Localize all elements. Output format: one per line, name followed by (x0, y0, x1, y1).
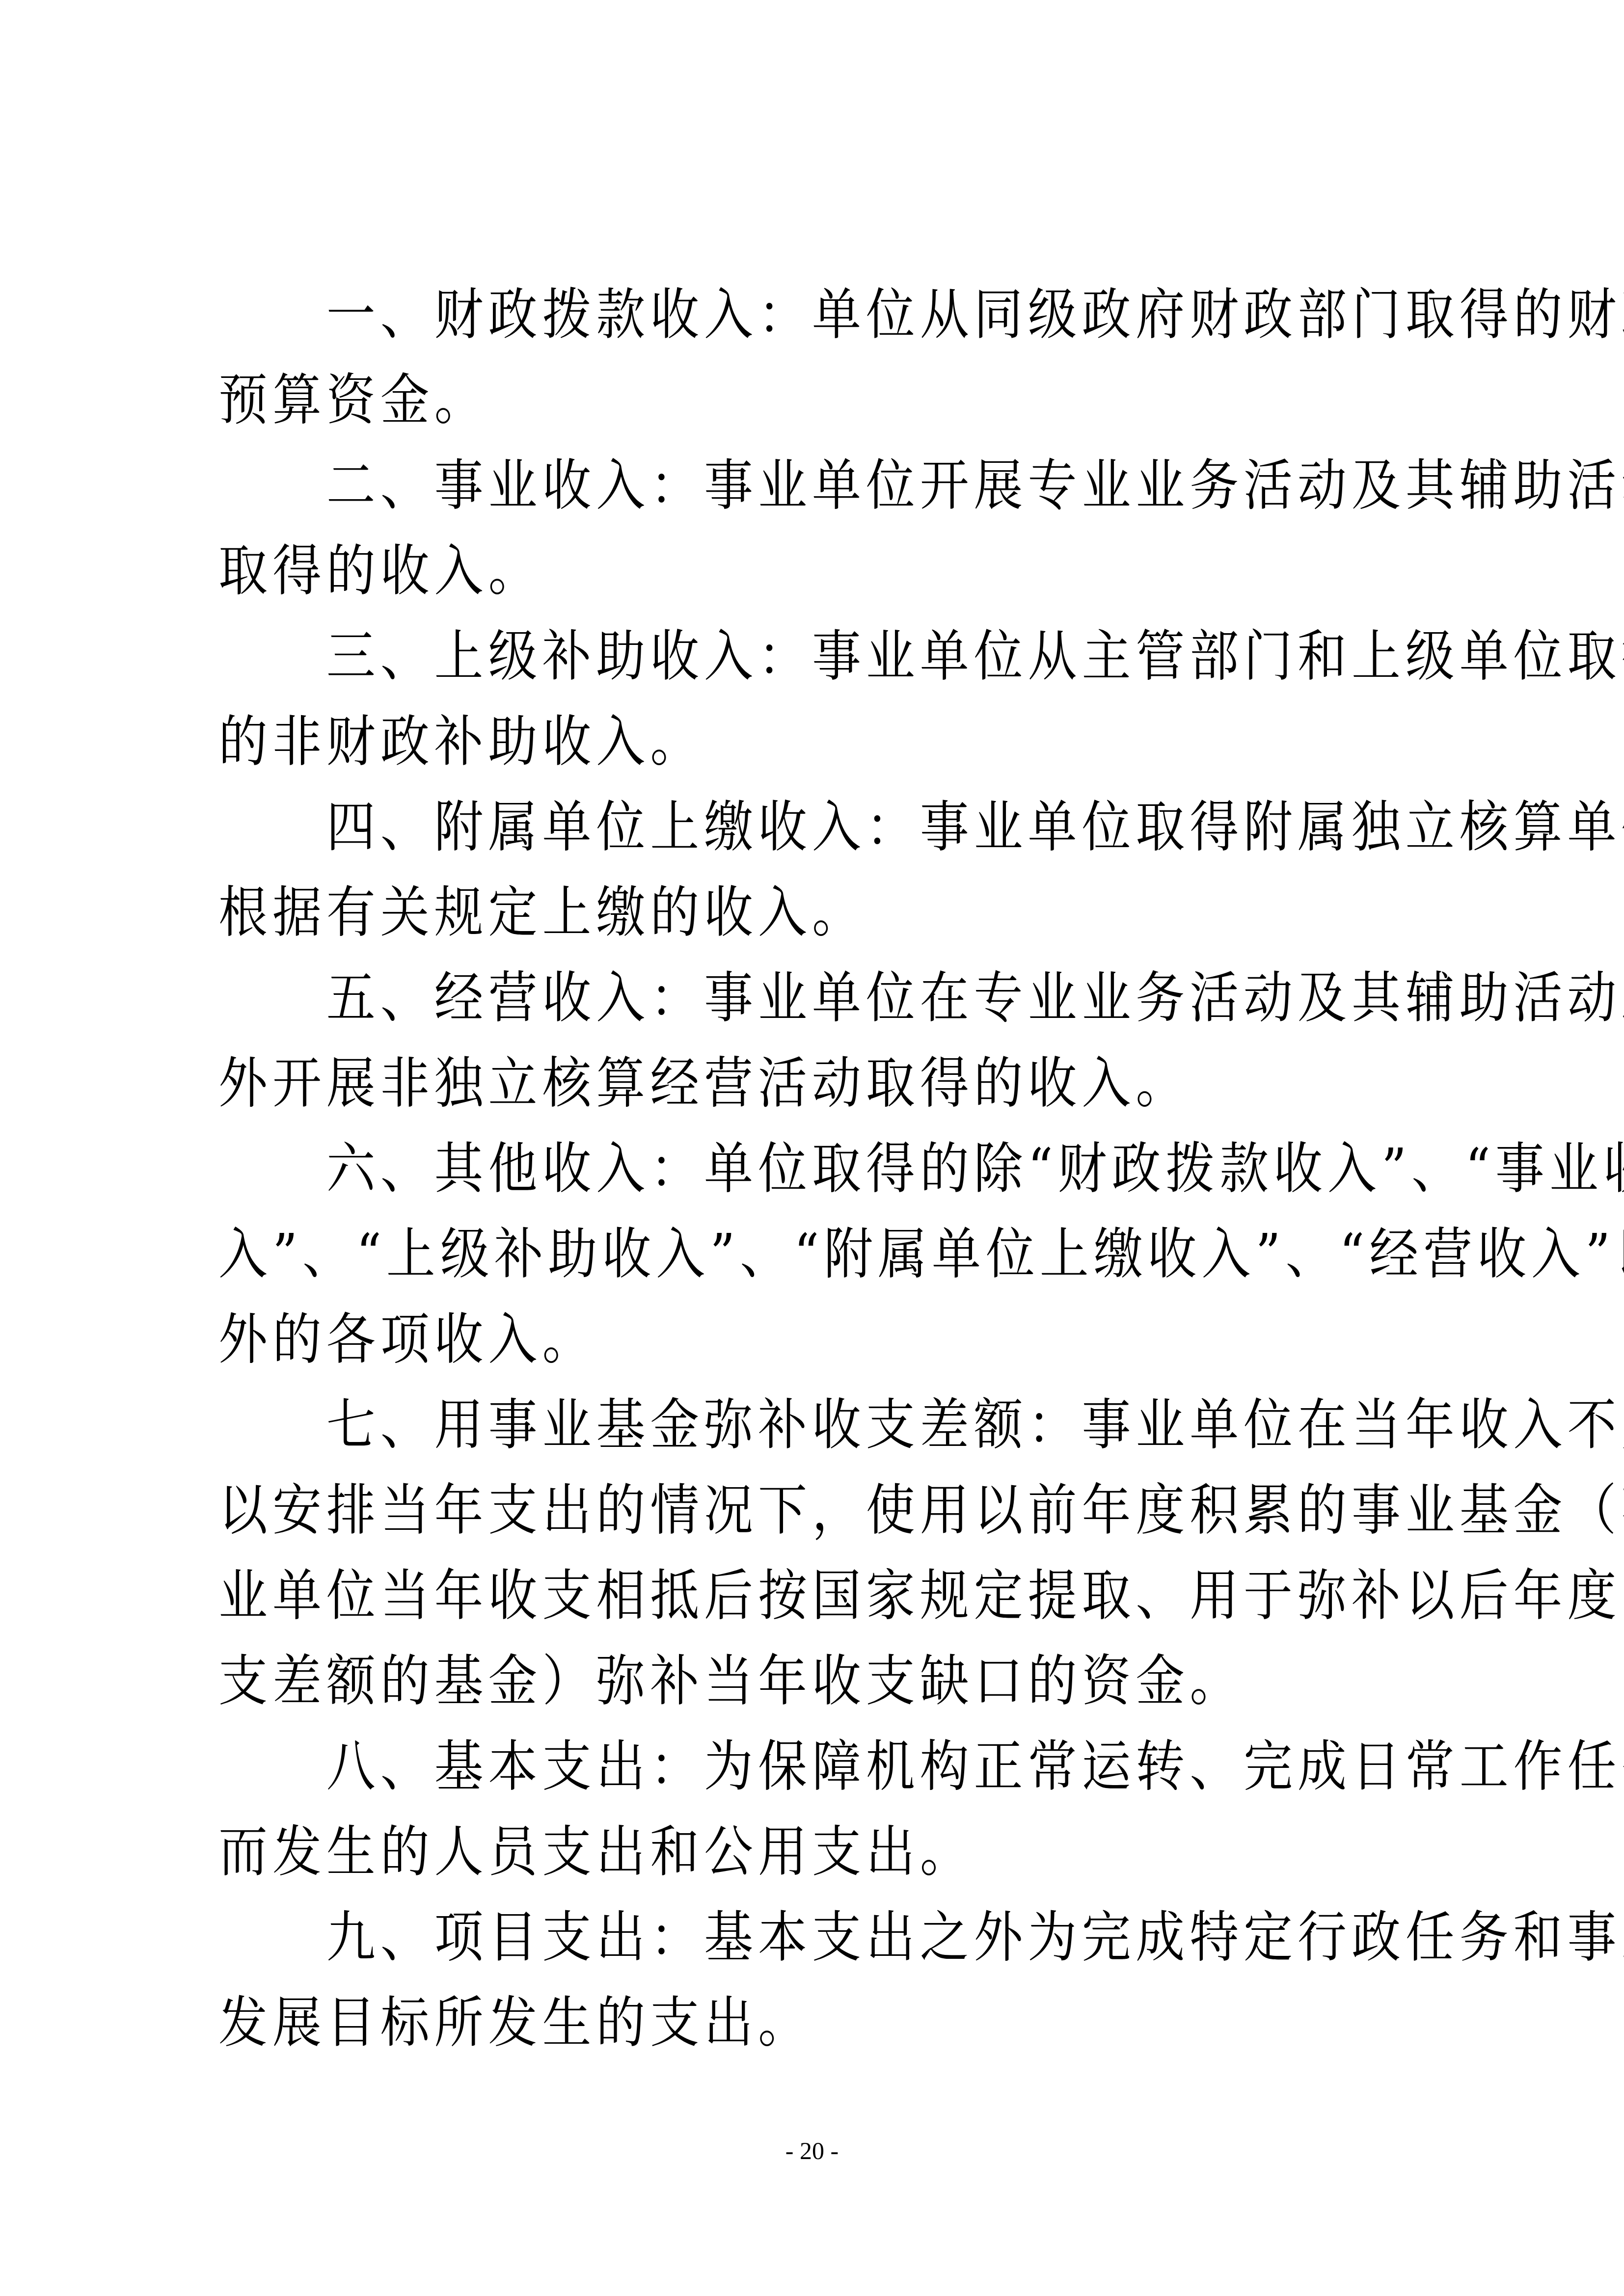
text-line: 预算资金。 (218, 353, 1407, 449)
text-line: 九、项目支出：基本支出之外为完成特定行政任务和事业 (218, 1890, 1407, 1986)
paragraph-subordinate-unit-remittance-income: 四、附属单位上缴收入：事业单位取得附属独立核算单位 根据有关规定上缴的收入。 (218, 785, 1407, 956)
text-line: 外开展非独立核算经营活动取得的收入。 (218, 1036, 1407, 1132)
paragraph-basic-expenditure: 八、基本支出：为保障机构正常运转、完成日常工作任务 而发生的人员支出和公用支出。 (218, 1724, 1407, 1895)
body-text: 一、财政拨款收入：单位从同级政府财政部门取得的财政 预算资金。 二、事业收入：事… (218, 272, 1407, 2066)
paragraph-other-income: 六、其他收入：单位取得的除“财政拨款收入”、“事业收 入”、“上级补助收入”、“… (218, 1126, 1407, 1383)
text-line: 三、上级补助收入：事业单位从主管部门和上级单位取得 (218, 609, 1407, 705)
text-line: 五、经营收入：事业单位在专业业务活动及其辅助活动之 (218, 951, 1407, 1046)
text-line: 七、用事业基金弥补收支差额：事业单位在当年收入不足 (218, 1378, 1407, 1473)
paragraph-financial-appropriation-income: 一、财政拨款收入：单位从同级政府财政部门取得的财政 预算资金。 (218, 272, 1407, 443)
text-line: 发展目标所发生的支出。 (218, 1976, 1407, 2071)
text-line: 入”、“上级补助收入”、“附属单位上缴收入”、“经营收入”以 (218, 1207, 1407, 1303)
text-line: 业单位当年收支相抵后按国家规定提取、用于弥补以后年度收 (218, 1548, 1407, 1644)
paragraph-operating-income: 五、经营收入：事业单位在专业业务活动及其辅助活动之 外开展非独立核算经营活动取得… (218, 956, 1407, 1126)
text-line: 根据有关规定上缴的收入。 (218, 865, 1407, 961)
paragraph-business-income: 二、事业收入：事业单位开展专业业务活动及其辅助活动 取得的收入。 (218, 443, 1407, 614)
paragraph-superior-subsidy-income: 三、上级补助收入：事业单位从主管部门和上级单位取得 的非财政补助收入。 (218, 614, 1407, 785)
text-line: 支差额的基金）弥补当年收支缺口的资金。 (218, 1634, 1407, 1730)
text-line: 四、附属单位上缴收入：事业单位取得附属独立核算单位 (218, 780, 1407, 876)
text-line: 以安排当年支出的情况下，使用以前年度积累的事业基金（事 (218, 1463, 1407, 1559)
text-line: 八、基本支出：为保障机构正常运转、完成日常工作任务 (218, 1719, 1407, 1815)
text-line: 外的各项收入。 (218, 1292, 1407, 1388)
page-number: - 20 - (0, 2136, 1624, 2165)
text-line: 六、其他收入：单位取得的除“财政拨款收入”、“事业收 (218, 1121, 1407, 1217)
text-line: 而发生的人员支出和公用支出。 (218, 1805, 1407, 1900)
paragraph-project-expenditure: 九、项目支出：基本支出之外为完成特定行政任务和事业 发展目标所发生的支出。 (218, 1895, 1407, 2066)
document-page: 一、财政拨款收入：单位从同级政府财政部门取得的财政 预算资金。 二、事业收入：事… (0, 0, 1624, 2296)
paragraph-business-fund-gap-coverage: 七、用事业基金弥补收支差额：事业单位在当年收入不足 以安排当年支出的情况下，使用… (218, 1383, 1407, 1724)
text-line: 取得的收入。 (218, 524, 1407, 619)
text-line: 二、事业收入：事业单位开展专业业务活动及其辅助活动 (218, 438, 1407, 534)
text-line: 的非财政补助收入。 (218, 694, 1407, 790)
text-line: 一、财政拨款收入：单位从同级政府财政部门取得的财政 (218, 267, 1407, 363)
